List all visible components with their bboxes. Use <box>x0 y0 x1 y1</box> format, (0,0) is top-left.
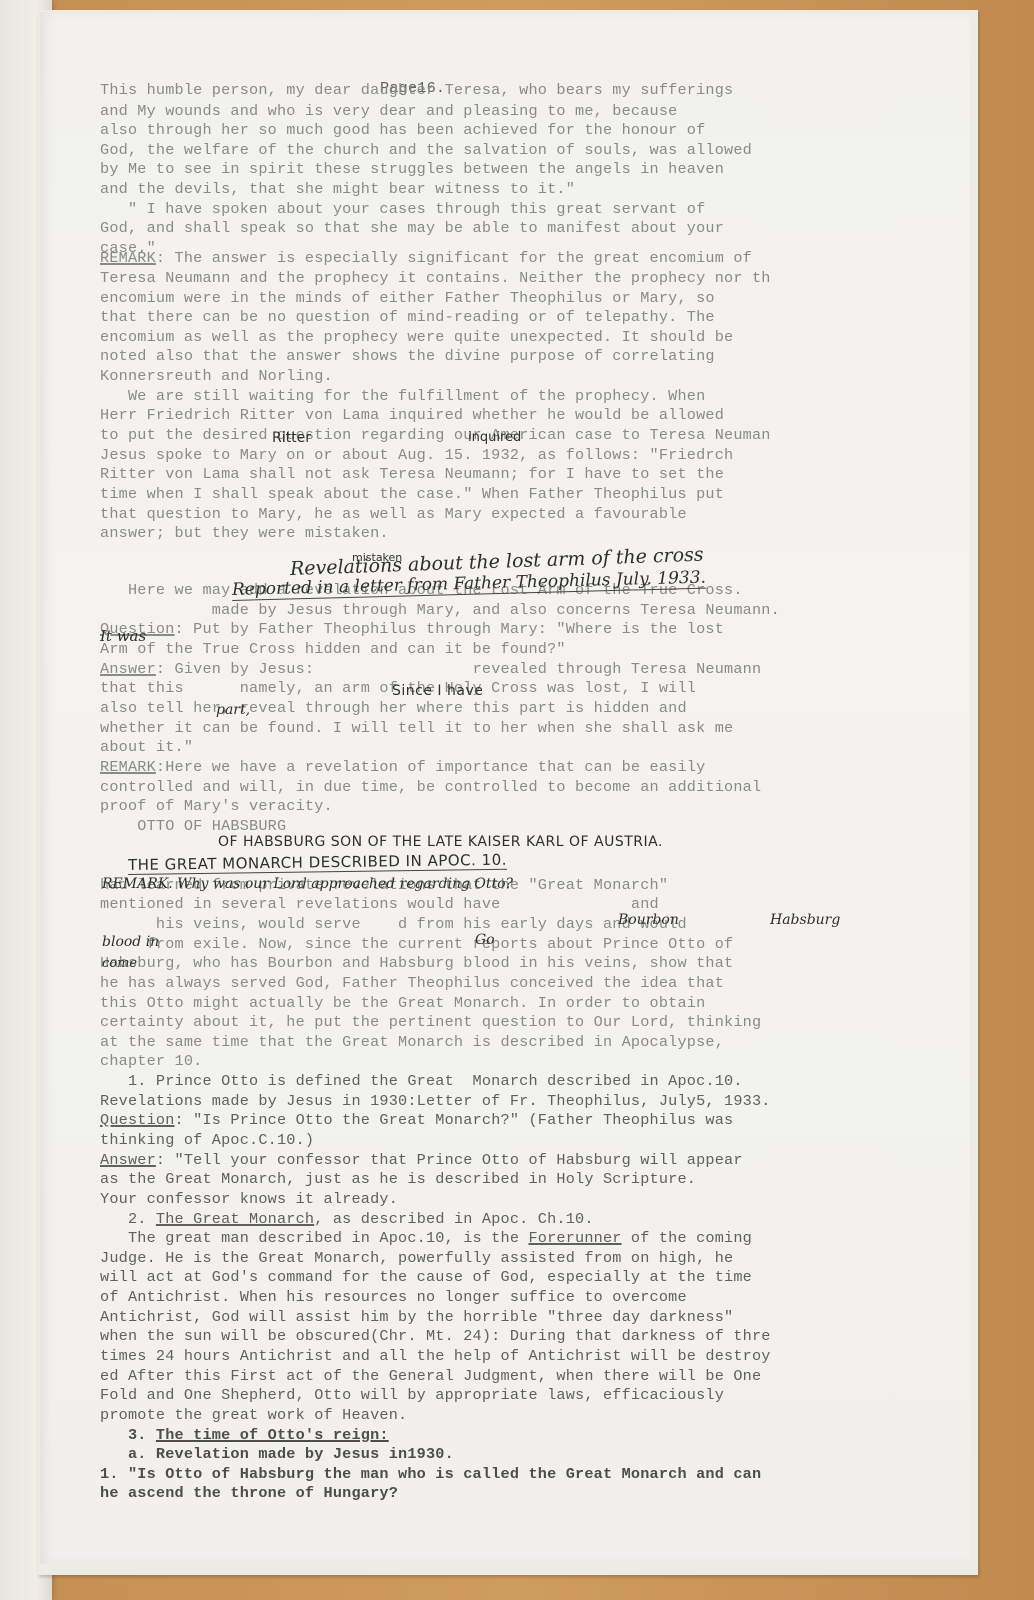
typed-line: The great man described in Apoc.10, is t… <box>100 1228 752 1248</box>
typed-line: whether it can be found. I will tell it … <box>100 718 733 738</box>
underlined-label: Answer <box>100 660 156 678</box>
typed-line: by Me to see in spirit these struggles b… <box>100 159 724 179</box>
typed-line: Answer: "Tell your confessor that Prince… <box>100 1150 743 1170</box>
typed-line: " I have spoken about your cases through… <box>100 199 705 219</box>
typed-line: Question: Put by Father Theophilus throu… <box>100 619 724 639</box>
typed-line: of Antichrist. When his resources no lon… <box>100 1287 687 1307</box>
handwritten-inquired: inquired <box>468 430 521 445</box>
typed-line: this Otto might actually be the Great Mo… <box>100 993 705 1013</box>
typed-line: that question to Mary, he as well as Mar… <box>100 504 687 524</box>
underlined-label: REMARK <box>100 758 156 776</box>
typed-line: about it." <box>100 737 193 757</box>
typed-line: OTTO OF HABSBURG <box>100 816 286 836</box>
typed-line: that there can be no question of mind-re… <box>100 307 715 327</box>
typed-line: certainty about it, he put the pertinent… <box>100 1012 761 1032</box>
typed-line: Judge. He is the Great Monarch, powerful… <box>100 1248 733 1268</box>
typed-line: times 24 hours Antichrist and all the he… <box>100 1346 771 1366</box>
typed-line: controlled and will, in due time, be con… <box>100 777 761 797</box>
typed-line: Antichrist, God will assist him by the h… <box>100 1307 733 1327</box>
typed-line: his veins, would serve d from his early … <box>100 914 687 934</box>
typed-line: and My wounds and who is very dear and p… <box>100 101 677 121</box>
typed-line: Answer: Given by Jesus: revealed through… <box>100 659 761 679</box>
underlined-label: The time of Otto's reign: <box>156 1426 389 1444</box>
typed-line: Jesus spoke to Mary on or about Aug. 15.… <box>100 445 733 465</box>
typed-line: 2. The Great Monarch, as described in Ap… <box>100 1209 594 1229</box>
typed-line: when the sun will be obscured(Chr. Mt. 2… <box>100 1326 771 1346</box>
handwritten-blood-in: blood in <box>102 934 159 950</box>
handwritten-otto-son-of-kaiser-karl: OF HABSBURG SON OF THE LATE KAISER KARL … <box>218 834 663 850</box>
typed-line: God, and shall speak so that she may be … <box>100 218 724 238</box>
typed-line: chapter 10. <box>100 1051 202 1071</box>
typed-line: proof of Mary's veracity. <box>100 796 333 816</box>
typed-line: Your confessor knows it already. <box>100 1189 398 1209</box>
typed-line: Konnersreuth and Norling. <box>100 366 333 386</box>
typed-line: a. Revelation made by Jesus in1930. <box>100 1444 454 1464</box>
typed-line: We are still waiting for the fulfillment… <box>100 386 705 406</box>
handwritten-part: part, <box>216 702 250 718</box>
handwritten-remark-why: REMARK. Why was our Lord approached rega… <box>102 876 513 892</box>
typed-line: Revelations made by Jesus in 1930:Letter… <box>100 1091 771 1111</box>
typed-line: ed After this First act of the General J… <box>100 1366 761 1386</box>
typed-line: God, the welfare of the church and the s… <box>100 140 752 160</box>
typed-line: Question: "Is Prince Otto the Great Mona… <box>100 1110 733 1130</box>
handwritten-since-i-have: Since I have <box>392 683 483 699</box>
typed-line: as the Great Monarch, just as he is desc… <box>100 1169 696 1189</box>
typed-line: he ascend the throne of Hungary? <box>100 1483 398 1503</box>
underlined-label: Question <box>100 1111 175 1129</box>
handwritten-bourbon: Bourbon <box>618 912 679 928</box>
typed-line: promote the great work of Heaven. <box>100 1405 407 1425</box>
typed-line: encomium were in the minds of either Fat… <box>100 288 715 308</box>
typed-line: REMARK: The answer is especially signifi… <box>100 248 752 268</box>
typed-line: and the devils, that she might bear witn… <box>100 179 575 199</box>
typed-line: thinking of Apoc.C.10.) <box>100 1130 314 1150</box>
typed-line: REMARK:Here we have a revelation of impo… <box>100 757 705 777</box>
typed-line: also through her so much good has been a… <box>100 120 705 140</box>
handwritten-ritter: Ritter <box>272 430 311 446</box>
typed-line: mentioned in several revelations would h… <box>100 894 659 914</box>
typed-line: also tell her, reveal through her where … <box>100 698 687 718</box>
typed-line: 1. Prince Otto is defined the Great Mona… <box>100 1071 743 1091</box>
handwritten-it-was: It was <box>100 627 146 645</box>
handwritten-god: Go <box>475 932 495 948</box>
typed-line: to put the desired question regarding ou… <box>100 425 771 445</box>
underlined-label: REMARK <box>100 249 156 267</box>
handwritten-habsburg: Habsburg <box>770 912 840 928</box>
underlined-label: Answer <box>100 1151 156 1169</box>
typed-line: 3. The time of Otto's reign: <box>100 1425 389 1445</box>
typed-line: at the same time that the Great Monarch … <box>100 1032 724 1052</box>
typed-line: Herr Friedrich Ritter von Lama inquired … <box>100 405 724 425</box>
typed-line: 1. "Is Otto of Habsburg the man who is c… <box>100 1464 761 1484</box>
typed-line: encomium as well as the prophecy were qu… <box>100 327 733 347</box>
typed-line: will act at God's command for the cause … <box>100 1267 752 1287</box>
typed-line: from exile. Now, since the current repor… <box>100 934 733 954</box>
typed-line: This humble person, my dear daughter Ter… <box>100 80 733 100</box>
underlined-label: The Great Monarch <box>156 1210 314 1228</box>
underlined-label: Forerunner <box>528 1229 621 1247</box>
typed-line: answer; but they were mistaken. <box>100 523 389 543</box>
typed-line: Teresa Neumann and the prophecy it conta… <box>100 268 771 288</box>
typed-line: Arm of the True Cross hidden and can it … <box>100 639 566 659</box>
typed-line: made by Jesus through Mary, and also con… <box>100 600 780 620</box>
typed-line: Habsburg, who has Bourbon and Habsburg b… <box>100 953 733 973</box>
typed-line: he has always served God, Father Theophi… <box>100 973 724 993</box>
typed-line: noted also that the answer shows the div… <box>100 346 715 366</box>
typed-line: Ritter von Lama shall not ask Teresa Neu… <box>100 464 724 484</box>
typed-line: time when I shall speak about the case."… <box>100 484 724 504</box>
typed-line: Fold and One Shepherd, Otto will by appr… <box>100 1385 724 1405</box>
handwritten-come: come <box>102 956 137 971</box>
